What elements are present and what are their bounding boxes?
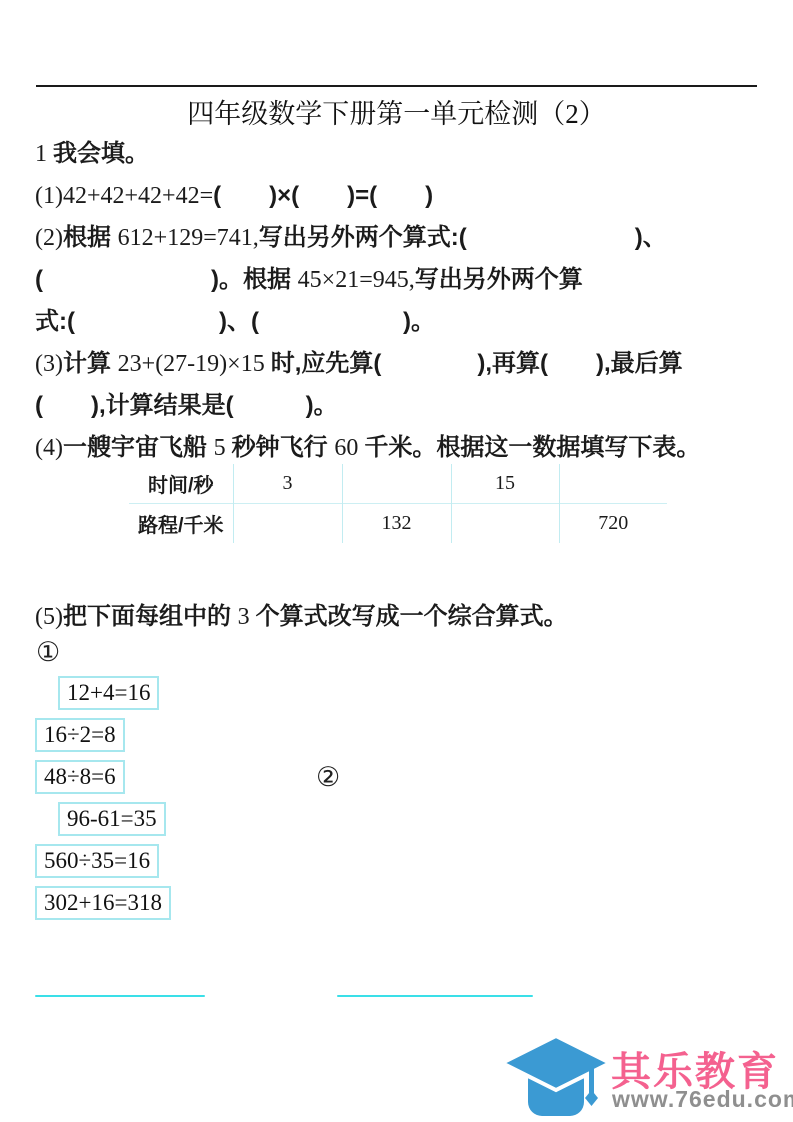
table-cell: 15 xyxy=(451,464,559,504)
text-segment: (2) xyxy=(35,225,63,251)
text-segment: 3 xyxy=(238,604,256,630)
equation-box: 560÷35=16 xyxy=(35,844,159,878)
section-heading: 1 我会填。 xyxy=(35,133,700,175)
equation-box: 48÷8=6 xyxy=(35,760,125,794)
text-segment: 一艘宇宙飞船 xyxy=(63,434,214,461)
fill-blank-line-5: (3)计算 23+(27-19)×15 时,应先算( ),再算( ),最后算 xyxy=(35,343,700,385)
text-segment: 612+129=741, xyxy=(118,225,259,251)
text-segment: (5) xyxy=(35,604,63,630)
group-1-label: ① xyxy=(36,637,60,668)
table-cell xyxy=(559,464,667,504)
table-cell: 3 xyxy=(233,464,342,504)
text-segment: 1 xyxy=(35,141,53,167)
text-segment: 把下面每组中的 xyxy=(63,603,238,630)
text-segment: ( )×( )=( ) xyxy=(213,182,433,209)
text-segment: 个算式改写成一个综合算式。 xyxy=(256,603,568,630)
fill-blank-line-3: ( )。根据 45×21=945,写出另外两个算 xyxy=(35,259,700,301)
time-distance-table: 时间/秒 3 15 路程/千米 132 720 xyxy=(129,464,667,543)
fill-blank-line-6: ( ),计算结果是( )。 xyxy=(35,385,700,427)
table-row-label: 时间/秒 xyxy=(129,464,233,504)
equation-box: 16÷2=8 xyxy=(35,718,125,752)
section5-heading: (5)把下面每组中的 3 个算式改写成一个综合算式。 xyxy=(35,596,568,638)
table-cell: 720 xyxy=(559,504,667,544)
text-segment: (1)42+42+42+42= xyxy=(35,183,213,209)
equation-box: 302+16=318 xyxy=(35,886,171,920)
text-segment: (3) xyxy=(35,351,63,377)
group-2-label: ② xyxy=(316,762,340,793)
page-title: 四年级数学下册第一单元检测（2） xyxy=(0,92,793,131)
text-segment: ( )。根据 xyxy=(35,266,298,293)
text-segment: 5 xyxy=(214,435,232,461)
brand-url: www.76edu.com xyxy=(612,1086,793,1113)
text-segment: 写出另外两个算 xyxy=(415,266,583,293)
answer-line xyxy=(35,995,205,997)
text-segment: 23+(27-19)×15 xyxy=(118,351,271,377)
text-segment: (4) xyxy=(35,435,63,461)
answer-line xyxy=(337,995,533,997)
table-row-label: 路程/千米 xyxy=(129,504,233,544)
table-row: 时间/秒 3 15 xyxy=(129,464,667,504)
fill-blank-line-4: 式:( )、( )。 xyxy=(35,301,700,343)
text-segment: 根据 xyxy=(63,224,118,251)
fill-blank-line-1: (1)42+42+42+42=( )×( )=( ) xyxy=(35,175,700,217)
text-segment: 秒钟飞行 xyxy=(232,434,335,461)
equation-box: 96-61=35 xyxy=(58,802,166,836)
header-rule xyxy=(36,85,757,87)
table-cell xyxy=(451,504,559,544)
text-segment: 60 xyxy=(334,435,364,461)
text-segment: 千米。根据这一数据填写下表。 xyxy=(364,434,700,461)
fill-blank-line-7: (4)一艘宇宙飞船 5 秒钟飞行 60 千米。根据这一数据填写下表。 xyxy=(35,427,700,469)
section5-header: (5)把下面每组中的 3 个算式改写成一个综合算式。 xyxy=(35,596,568,638)
text-segment: 时,应先算( ),再算( ),最后算 xyxy=(271,350,683,377)
table-cell xyxy=(342,464,451,504)
section-fill-blanks: 1 我会填。 (1)42+42+42+42=( )×( )=( ) (2)根据 … xyxy=(35,133,700,469)
equation-box: 12+4=16 xyxy=(58,676,159,710)
text-segment: ( ),计算结果是( )。 xyxy=(35,392,338,419)
text-segment: 我会填。 xyxy=(53,140,149,167)
fill-blank-line-2: (2)根据 612+129=741,写出另外两个算式:( )、 xyxy=(35,217,700,259)
graduation-cap-icon xyxy=(500,1034,612,1122)
table-row: 路程/千米 132 720 xyxy=(129,504,667,544)
table-cell xyxy=(233,504,342,544)
text-segment: 式:( )、( )。 xyxy=(35,308,435,335)
worksheet-page: 四年级数学下册第一单元检测（2） 1 我会填。 (1)42+42+42+42=(… xyxy=(0,0,793,1122)
table-cell: 132 xyxy=(342,504,451,544)
text-segment: 计算 xyxy=(63,350,118,377)
text-segment: 写出另外两个算式:( )、 xyxy=(259,224,667,251)
text-segment: 45×21=945, xyxy=(298,267,415,293)
